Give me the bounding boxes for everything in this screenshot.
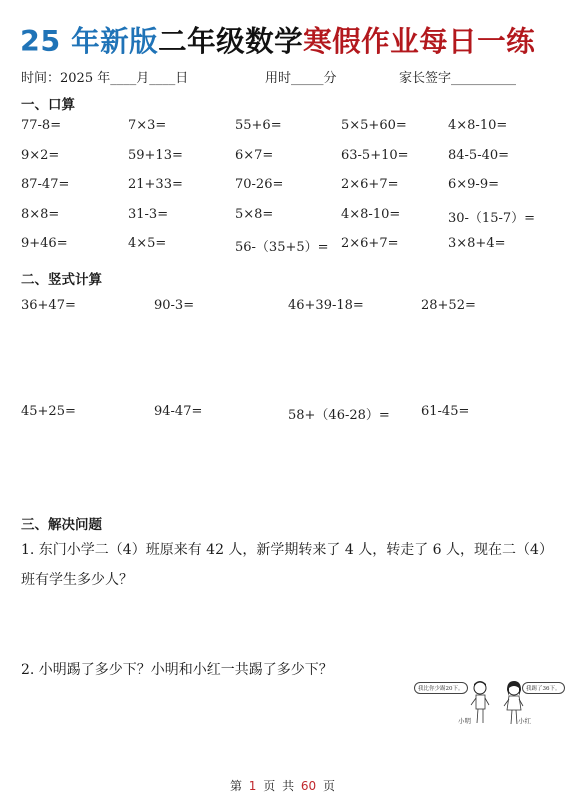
vertical-item: 36+47= — [21, 298, 76, 313]
mental-item: 30-（15-7）= — [448, 207, 535, 226]
mental-item: 8×8= — [21, 207, 59, 222]
mental-item: 9+46= — [21, 236, 68, 251]
mental-item: 70-26= — [235, 177, 283, 192]
mental-item: 5×8= — [235, 207, 273, 222]
speech-bubble-xiaohong: 我踢了36下。 — [522, 682, 565, 694]
word-problem-1: 1. 东门小学二（4）班原来有 42 人，新学期转来了 4 人，转走了 6 人，… — [21, 535, 551, 595]
footer-suffix: 页 — [323, 779, 335, 793]
speech-bubble-xiaoming: 我比你少踢20下。 — [414, 682, 468, 694]
title-grade: 二年级数学 — [158, 25, 303, 58]
name-label-xiaoming: 小明 — [458, 716, 471, 725]
vertical-item: 58+（46-28）= — [288, 404, 390, 423]
worksheet-title: 25 年新版二年级数学寒假作业每日一练 — [20, 19, 560, 60]
mental-item: 6×7= — [235, 148, 273, 163]
mental-item: 4×5= — [128, 236, 166, 251]
footer-middle: 页 共 — [263, 779, 294, 793]
mental-item: 31-3= — [128, 207, 168, 222]
total-pages-number: 60 — [301, 779, 316, 793]
mental-item: 87-47= — [21, 177, 69, 192]
current-page-number: 1 — [249, 779, 257, 793]
vertical-item: 46+39-18= — [288, 298, 364, 313]
kids-jump-rope-illustration: 我比你少踢20下。 我踢了36下。 小明 小红 — [410, 678, 560, 748]
vertical-item: 45+25= — [21, 404, 76, 419]
vertical-item: 94-47= — [154, 404, 202, 419]
mental-item: 7×3= — [128, 118, 166, 133]
parent-signature-field: 家长签字__________ — [399, 67, 516, 86]
mental-item: 77-8= — [21, 118, 61, 133]
mental-item: 9×2= — [21, 148, 59, 163]
mental-item: 4×8-10= — [448, 118, 507, 133]
mental-item: 2×6+7= — [341, 177, 399, 192]
mental-item: 21+33= — [128, 177, 183, 192]
mental-item: 4×8-10= — [341, 207, 400, 222]
date-field: 时间：2025 年____月____日 — [21, 67, 188, 86]
mental-item: 2×6+7= — [341, 236, 399, 251]
vertical-item: 61-45= — [421, 404, 469, 419]
mental-item: 84-5-40= — [448, 148, 509, 163]
title-edition: 25 年新版 — [20, 25, 158, 58]
vertical-item: 28+52= — [421, 298, 476, 313]
mental-item: 56-（35+5）= — [235, 236, 329, 255]
mental-item: 5×5+60= — [341, 118, 407, 133]
section-heading-mental: 一、口算 — [21, 93, 75, 113]
vertical-item: 90-3= — [154, 298, 194, 313]
page-footer: 第 1 页 共 60 页 — [0, 777, 565, 794]
mental-item: 6×9-9= — [448, 177, 499, 192]
mental-item: 3×8+4= — [448, 236, 506, 251]
mental-item: 63-5+10= — [341, 148, 409, 163]
duration-field: 用时_____分 — [265, 67, 337, 86]
section-heading-problems: 三、解决问题 — [21, 513, 102, 533]
title-subject: 寒假作业每日一练 — [303, 25, 535, 58]
mental-item: 55+6= — [235, 118, 282, 133]
children-figures-icon — [468, 678, 528, 740]
footer-prefix: 第 — [230, 779, 242, 793]
name-label-xiaohong: 小红 — [518, 716, 531, 725]
mental-item: 59+13= — [128, 148, 183, 163]
section-heading-vertical: 二、竖式计算 — [21, 268, 102, 288]
